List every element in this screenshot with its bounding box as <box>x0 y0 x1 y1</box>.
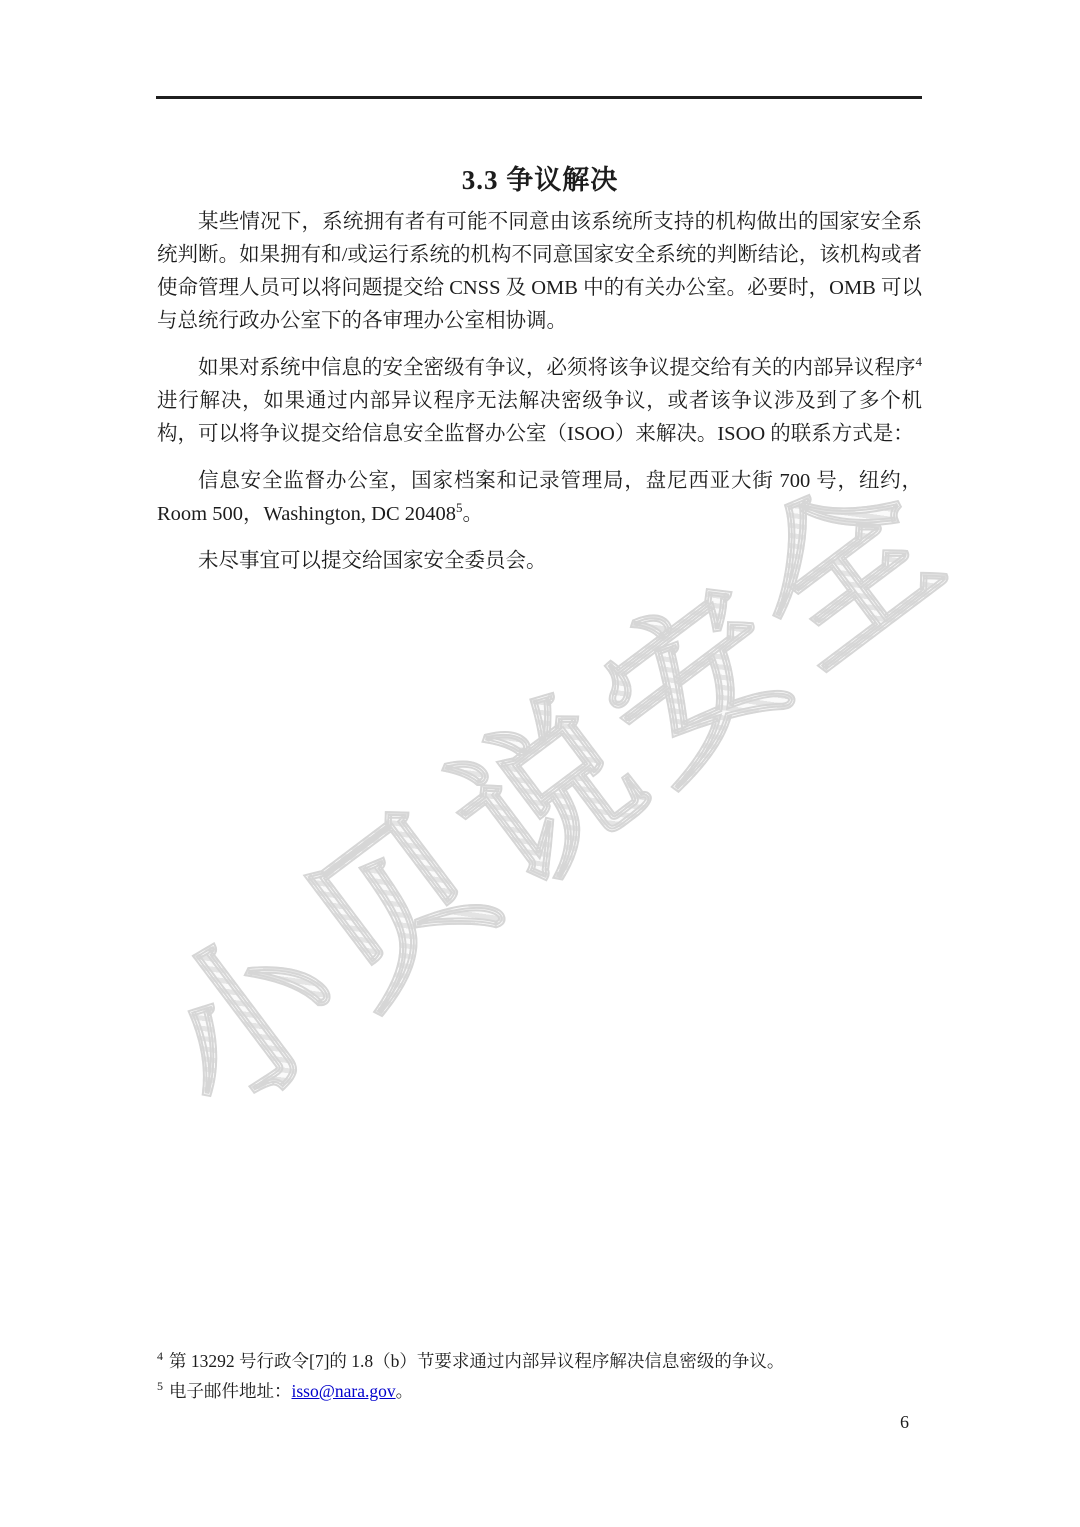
paragraph-remaining-matters: 未尽事宜可以提交给国家安全委员会。 <box>157 545 922 578</box>
paragraph-isoo-address: 信息安全监督办公室，国家档案和记录管理局，盘尼西亚大街 700 号，纽约，Roo… <box>157 465 922 531</box>
header-rule <box>156 96 922 99</box>
footnote-4: 4第 13292 号行政令[7]的 1.8（b）节要求通过内部异议程序解决信息密… <box>157 1346 922 1376</box>
footnote-5-suffix: 。 <box>396 1381 414 1401</box>
footnotes-block: 4第 13292 号行政令[7]的 1.8（b）节要求通过内部异议程序解决信息密… <box>157 1346 922 1406</box>
document-page: 3.3 争议解决 某些情况下，系统拥有者有可能不同意由该系统所支持的机构做出的国… <box>0 0 1080 1527</box>
paragraph-classification-dispute: 如果对系统中信息的安全密级有争议，必须将该争议提交给有关的内部异议程序4进行解决… <box>157 352 922 451</box>
body-content: 某些情况下，系统拥有者有可能不同意由该系统所支持的机构做出的国家安全系统判断。如… <box>157 206 922 592</box>
footnote-4-text: 第 13292 号行政令[7]的 1.8（b）节要求通过内部异议程序解决信息密级… <box>169 1351 784 1371</box>
paragraph2-text-before-footnote-ref: 如果对系统中信息的安全密级有争议，必须将该争议提交给有关的内部异议程序 <box>198 357 916 379</box>
paragraph3-text-after-footnote-ref: 。 <box>463 503 484 525</box>
paragraph3-text-before-footnote-ref: 信息安全监督办公室，国家档案和记录管理局，盘尼西亚大街 700 号，纽约，Roo… <box>157 470 922 525</box>
page-number: 6 <box>900 1412 909 1433</box>
footnote-4-marker: 4 <box>157 1349 163 1363</box>
paragraph-dispute-intro: 某些情况下，系统拥有者有可能不同意由该系统所支持的机构做出的国家安全系统判断。如… <box>157 206 922 338</box>
footnote-5-prefix: 电子邮件地址： <box>169 1381 292 1401</box>
footnote-5: 5电子邮件地址：isso@nara.gov。 <box>157 1376 922 1406</box>
paragraph2-text-after-footnote-ref: 进行解决，如果通过内部异议程序无法解决密级争议，或者该争议涉及到了多个机构，可以… <box>157 390 922 445</box>
section-title: 3.3 争议解决 <box>0 158 1080 197</box>
footnote-5-marker: 5 <box>157 1379 163 1393</box>
footnote-ref-4: 4 <box>916 354 923 369</box>
email-link[interactable]: isso@nara.gov <box>292 1381 396 1401</box>
